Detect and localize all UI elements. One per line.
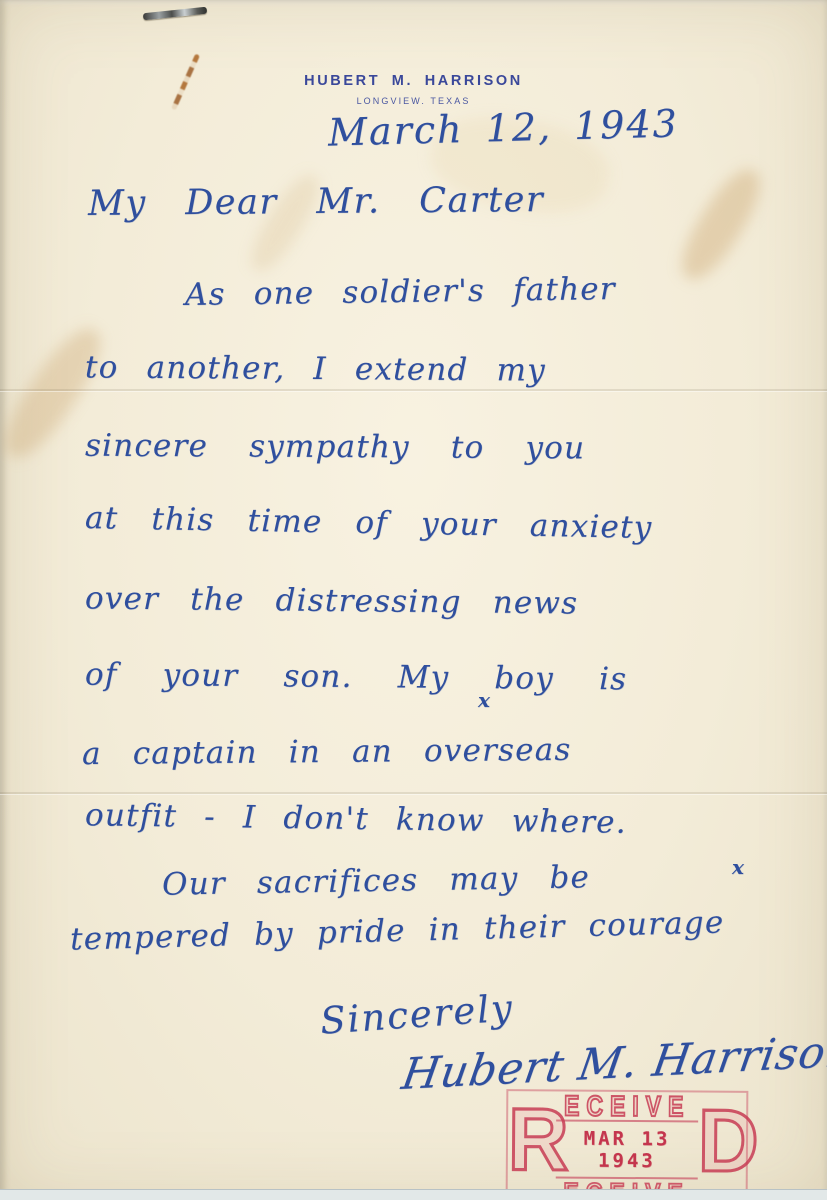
scanned-letter-page: HUBERT M. HARRISON LONGVIEW. TEXAS March… [0, 0, 827, 1200]
received-stamp: R ECEIVE MAR 13 1943 ECEIVE D [506, 1089, 749, 1197]
insertion-mark: x [732, 855, 744, 879]
body-line: sincere sympathy to you [85, 428, 585, 467]
tape-stain [670, 160, 772, 288]
body-line: Our sacrifices may be [162, 859, 591, 902]
body-line: outfit - I don't know where. [85, 797, 627, 841]
body-line: at this time of your anxiety [85, 500, 653, 546]
fold-crease [0, 389, 827, 391]
scanner-edge-strip [0, 1189, 827, 1200]
body-line: to another, I extend my [85, 349, 546, 388]
body-line: of your son. My boy is [85, 657, 628, 698]
handwritten-date: March 12, 1943 [327, 101, 679, 154]
body-line: a captain in an overseas [82, 732, 572, 772]
stamp-middle: ECEIVE MAR 13 1943 ECEIVE [556, 1092, 699, 1195]
letterhead-name: HUBERT M. HARRISON [0, 73, 827, 89]
salutation: My Dear Mr. Carter [88, 180, 544, 224]
staple [143, 7, 207, 21]
body-line: As one soldier's father [185, 271, 616, 313]
insertion-mark: x [478, 688, 490, 712]
letterhead-location: LONGVIEW. TEXAS [0, 96, 827, 106]
closing: Sincerely [319, 986, 515, 1042]
letterhead: HUBERT M. HARRISON LONGVIEW. TEXAS [0, 73, 827, 106]
stamp-letter-right: D [698, 1090, 747, 1197]
body-line: over the distressing news [85, 580, 579, 621]
body-line: tempered by pride in their courage [70, 904, 725, 957]
stamp-date: MAR 13 1943 [584, 1128, 671, 1173]
fold-crease [0, 792, 827, 794]
stamp-datebox: MAR 13 1943 [556, 1120, 698, 1180]
stamp-word-top: ECEIVE [556, 1089, 698, 1124]
stamp-letter-left: R [508, 1089, 557, 1196]
